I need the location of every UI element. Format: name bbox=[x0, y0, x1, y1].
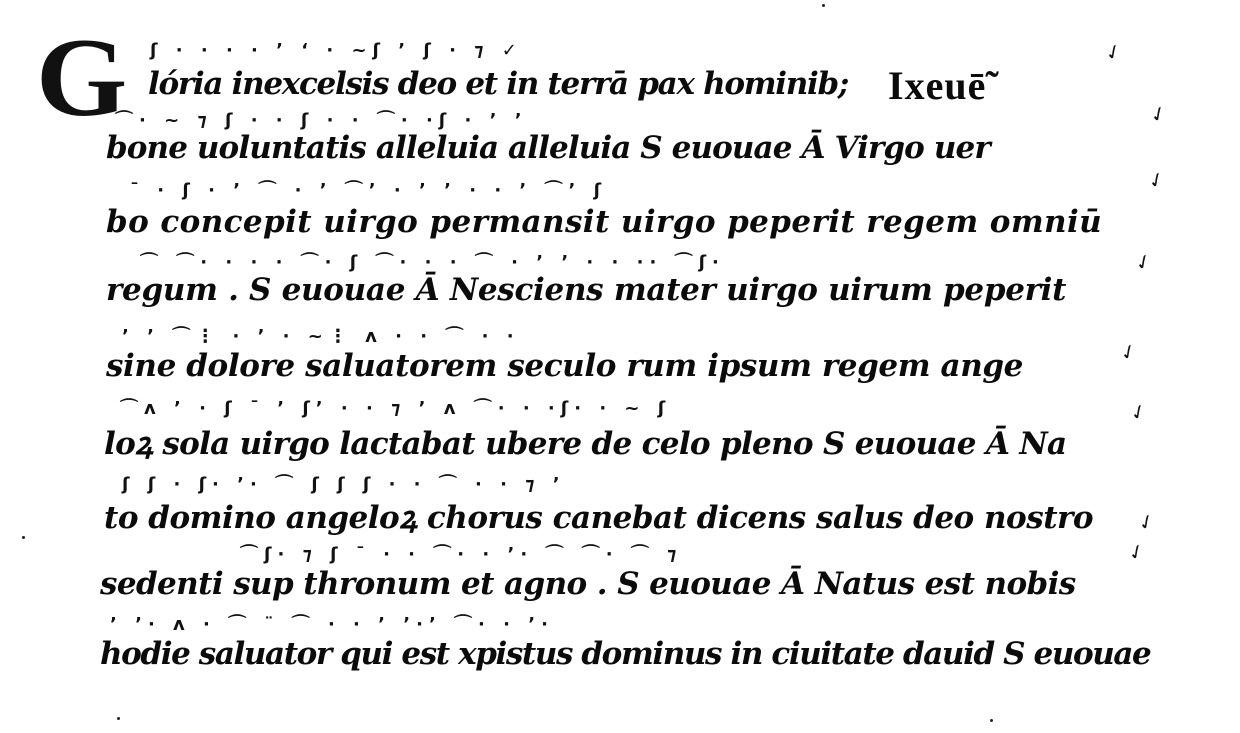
neume-row-3: ¯ · ʃ · ʼ ⌒ · ʼ ⌒ʼ · ʼ ʼ · · ʼ ⌒ʼ ʃ bbox=[130, 176, 607, 202]
ink-speck bbox=[22, 536, 25, 539]
manuscript-line-4: ⌒ ⌒· · · · ⌒· ʃ ⌒· · · ⌒ · ʼ ʼ · · ·· ⌒ʃ… bbox=[0, 248, 1240, 314]
text-line-9: hodie saluator qui est xpistus dominus i… bbox=[100, 636, 1150, 672]
manuscript-line-1: ʃ · · · · ʼ ʻ · ~ʃ ʼ ʃ · ⁊ ✓ lória inexc… bbox=[0, 40, 1240, 106]
manuscript-line-3: ¯ · ʃ · ʼ ⌒ · ʼ ⌒ʼ · ʼ ʼ · · ʼ ⌒ʼ ʃ bo c… bbox=[0, 176, 1240, 242]
manuscript-line-9: ʼ ʼ· ʌ · ⌒ ¨ ⌒ · · ʼ ʼ·ʼ ⌒· · ʼ· hodie s… bbox=[0, 610, 1240, 676]
manuscript-line-7: ʃ ʃ · ʃ· ʼ· ⌒ ʃ ʃ ʃ · · ⌒ · · ⁊ ʼ to dom… bbox=[0, 470, 1240, 536]
neume-row-4: ⌒ ⌒· · · · ⌒· ʃ ⌒· · · ⌒ · ʼ ʼ · · ·· ⌒ʃ… bbox=[140, 248, 725, 274]
neume-row-5: ʼ ʼ ⌒⋮ · ʼ · ~⋮ ʌ · · ⌒ · · bbox=[122, 322, 520, 348]
ink-speck bbox=[822, 4, 825, 7]
text-line-1: lória inexcelsis deo et in terrā pax hom… bbox=[148, 66, 848, 102]
manuscript-page: G ʃ · · · · ʼ ʻ · ~ʃ ʼ ʃ · ⁊ ✓ lória ine… bbox=[0, 0, 1240, 733]
neume-row-7: ʃ ʃ · ʃ· ʼ· ⌒ ʃ ʃ ʃ · · ⌒ · · ⁊ ʼ bbox=[122, 470, 566, 496]
text-line-5: sine dolore saluatorem seculo rum ipsum … bbox=[106, 348, 1023, 384]
text-line-8: sedenti sup thronum et agno . S euouae Ā… bbox=[100, 566, 1076, 602]
ink-speck bbox=[117, 717, 120, 720]
text-line-6: loꝝ sola uirgo lactabat ubere de celo pl… bbox=[104, 422, 1066, 464]
manuscript-line-5: ʼ ʼ ⌒⋮ · ʼ · ~⋮ ʌ · · ⌒ · · sine dolore … bbox=[0, 322, 1240, 388]
text-line-3: bo concepit uirgo permansit uirgo peperi… bbox=[106, 204, 1102, 240]
neume-row-6: ⌒ʌ ʼ · ʃ ¯ ʼ ʃʼ · · ⁊ ʼ ʌ ⌒· · ·ʃ· · ~ ʃ bbox=[120, 394, 671, 420]
neume-row-9: ʼ ʼ· ʌ · ⌒ ¨ ⌒ · · ʼ ʼ·ʼ ⌒· · ʼ· bbox=[110, 610, 554, 636]
rubric-ixeuc: Ixeuē̃ bbox=[888, 62, 986, 109]
manuscript-line-6: ⌒ʌ ʼ · ʃ ¯ ʼ ʃʼ · · ⁊ ʼ ʌ ⌒· · ·ʃ· · ~ ʃ… bbox=[0, 394, 1240, 460]
text-line-2: bone uoluntatis alleluia alleluia S euou… bbox=[106, 130, 990, 166]
text-line-7: to domino angeloꝝ chorus canebat dicens … bbox=[104, 496, 1093, 538]
manuscript-line-2: ⌒· ~ ⁊ ʃ · · ʃ · · ⌒· ·ʃ · ʼ ʼ bone uolu… bbox=[0, 106, 1240, 172]
text-line-4: regum . S euouae Ā Nesciens mater uirgo … bbox=[106, 272, 1066, 308]
manuscript-line-8: ⌒ʃ· ⁊ ʃ ¯ · · ⌒· · ʼ· ⌒ ⌒· ⌒ ⁊ sedenti s… bbox=[0, 540, 1240, 606]
ink-speck bbox=[990, 719, 993, 722]
neume-row-1: ʃ · · · · ʼ ʻ · ~ʃ ʼ ʃ · ⁊ ✓ bbox=[150, 40, 523, 61]
neume-row-2: ⌒· ~ ⁊ ʃ · · ʃ · · ⌒· ·ʃ · ʼ ʼ bbox=[115, 106, 528, 132]
neume-row-8: ⌒ʃ· ⁊ ʃ ¯ · · ⌒· · ʼ· ⌒ ⌒· ⌒ ⁊ bbox=[240, 540, 682, 566]
